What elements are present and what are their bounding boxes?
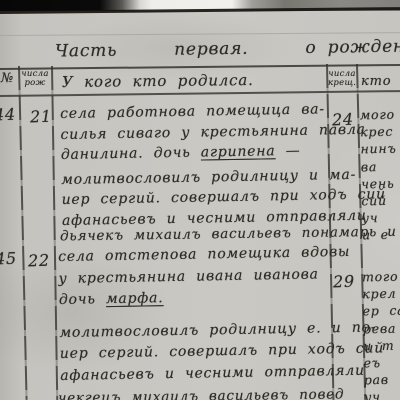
column-line-1 [18, 66, 28, 400]
record-line: данилина. дочь агрипена — [61, 140, 339, 165]
header-birth-date-line2: рож [19, 79, 51, 88]
godparent-fragment: рева [363, 319, 400, 337]
register-scan-page: Часть первая. о рожден № числа рож У ког… [0, 0, 400, 400]
godparent-fragment: сий [361, 192, 400, 210]
title-part: первая. [174, 39, 248, 60]
title-part: о рожден [305, 37, 400, 58]
godparent-fragment: ва [361, 157, 400, 175]
godparent-fragment: крес [360, 123, 399, 141]
godparent-fragment: мого [360, 106, 399, 124]
godparent-fragment: и т [363, 336, 400, 354]
header-godparents: кто [361, 74, 391, 89]
godparent-column-text: мого крес нинъ ва чень сий уч и е [360, 106, 400, 249]
godparent-fragment: крел [362, 285, 400, 303]
clerk-signature-line: чекгецъ михаилъ васильевъ повед [58, 386, 400, 400]
entry-number: 45 [0, 249, 17, 269]
birth-day: 22 [28, 251, 51, 271]
child-name-underlined: агрипена [201, 143, 276, 160]
header-birth-date: числа рож [19, 70, 51, 88]
record-line-part: — [275, 143, 300, 159]
clerk-signature-line: дьячекъ михаилъ васильевъ понамарь и п [60, 224, 400, 245]
header-entry-number: № [1, 71, 14, 86]
entry-record-text: села отстепова помещика вдовы у крестьян… [58, 242, 338, 387]
table-header-border [0, 90, 400, 97]
column-line-2 [51, 66, 58, 400]
header-who-was-born: У кого кто родилса. [62, 71, 254, 91]
ruled-line-faint [0, 32, 400, 36]
godparent-fragment: уч [362, 209, 400, 227]
godparent-fragment: еъ [363, 354, 400, 372]
child-name-underlined: марфа. [106, 290, 164, 307]
title-part: Часть [55, 41, 117, 62]
header-baptism-date-line2: крещ. [328, 79, 356, 88]
entry-number: 44 [0, 105, 16, 125]
godparent-fragment: и е [362, 226, 400, 244]
godparent-fragment: рав [364, 371, 400, 389]
birth-day: 21 [30, 107, 53, 127]
section-title: Часть первая. о рожден [55, 37, 400, 62]
record-line-part: данилина. дочь [61, 145, 201, 163]
entry-record-text: села работнова помещица ва- силья сиваго… [60, 99, 340, 231]
record-line-part: дочь [59, 291, 106, 308]
record-line: дочь марфа. [59, 285, 337, 311]
godparent-fragment: чень [361, 174, 400, 192]
godparent-fragment: ер са [362, 302, 400, 320]
header-baptism-date: числа крещ. [328, 70, 356, 88]
godparent-fragment: уч [364, 388, 400, 400]
godparent-fragment: нинъ [360, 140, 399, 158]
godparent-fragment: того [362, 268, 400, 286]
record-line: афанасьевъ и чесними отправляли [60, 361, 338, 387]
godparent-column-text: того крел ер са рева и т еъ рав уч [362, 268, 400, 400]
